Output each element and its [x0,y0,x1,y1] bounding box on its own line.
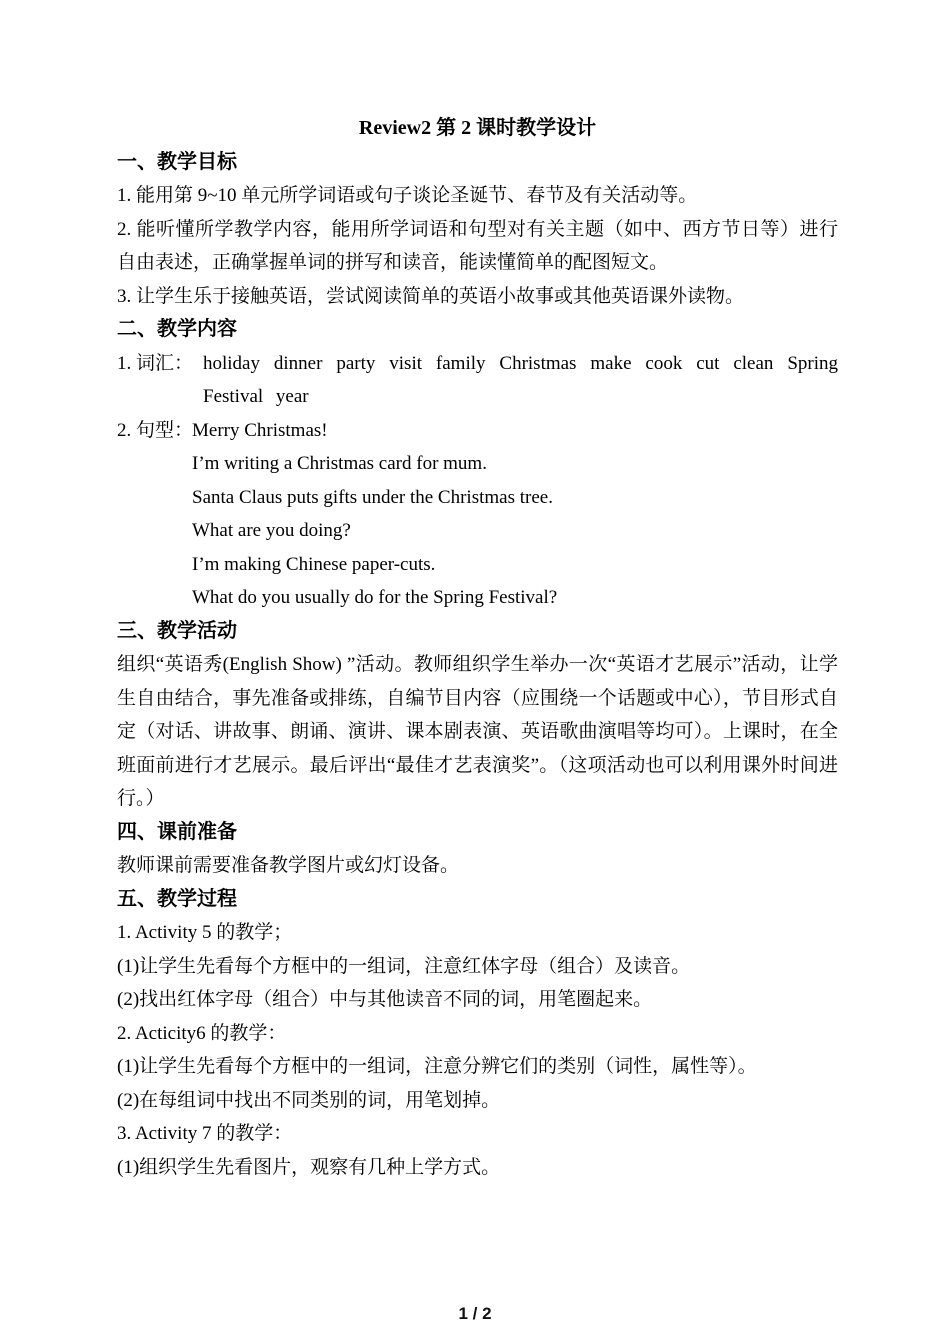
goal-item-2: 2. 能听懂所学教学内容，能用所学词语和句型对有关主题（如中、西方节日等）进行自… [117,213,838,280]
section-heading-content: 二、教学内容 [117,313,838,347]
process-step-6: (2)在每组词中找出不同类别的词，用笔划掉。 [117,1084,838,1118]
document-title: Review2 第 2 课时教学设计 [117,112,838,146]
vocab-line-2: Festival year [203,380,838,414]
section-heading-preparation: 四、课前准备 [117,816,838,850]
document-page: Review2 第 2 课时教学设计 一、教学目标 1. 能用第 9~10 单元… [0,0,950,1344]
pattern-sentence-5: I’m making Chinese paper-cuts. [192,548,838,582]
section-heading-goals: 一、教学目标 [117,146,838,180]
section-heading-process: 五、教学过程 [117,883,838,917]
goal-item-3: 3. 让学生乐于接触英语，尝试阅读简单的英语小故事或其他英语课外读物。 [117,280,838,314]
page-number: 1 / 2 [0,1297,950,1331]
process-step-1: 1. Activity 5 的教学； [117,916,838,950]
activities-paragraph: 组织“英语秀(English Show) ”活动。教师组织学生举办一次“英语才艺… [117,648,838,816]
goal-item-1: 1. 能用第 9~10 单元所学词语或句子谈论圣诞节、春节及有关活动等。 [117,179,838,213]
pattern-sentence-3: Santa Claus puts gifts under the Christm… [192,481,838,515]
pattern-sentence-6: What do you usually do for the Spring Fe… [192,581,838,615]
process-step-7: 3. Activity 7 的教学： [117,1117,838,1151]
pattern-sentence-4: What are you doing? [192,514,838,548]
process-step-8: (1)组织学生先看图片，观察有几种上学方式。 [117,1151,838,1185]
process-step-2: (1)让学生先看每个方框中的一组词，注意红体字母（组合）及读音。 [117,950,838,984]
section-heading-activities: 三、教学活动 [117,615,838,649]
vocab-words: holiday dinner party visit family Christ… [203,347,838,381]
preparation-paragraph: 教师课前需要准备教学图片或幻灯设备。 [117,849,838,883]
pattern-sentence-2: I’m writing a Christmas card for mum. [192,447,838,481]
vocab-line-1: 1. 词汇： holiday dinner party visit family… [117,347,838,381]
process-step-5: (1)让学生先看每个方框中的一组词，注意分辨它们的类别（词性，属性等）。 [117,1050,838,1084]
process-step-3: (2)找出红体字母（组合）中与其他读音不同的词，用笔圈起来。 [117,983,838,1017]
pattern-line-1: 2. 句型：Merry Christmas! [117,414,838,448]
patterns-label: 2. 句型： [117,414,192,448]
process-step-4: 2. Acticity6 的教学： [117,1017,838,1051]
vocab-label: 1. 词汇： [117,347,203,381]
pattern-sentence-1: Merry Christmas! [192,420,328,441]
